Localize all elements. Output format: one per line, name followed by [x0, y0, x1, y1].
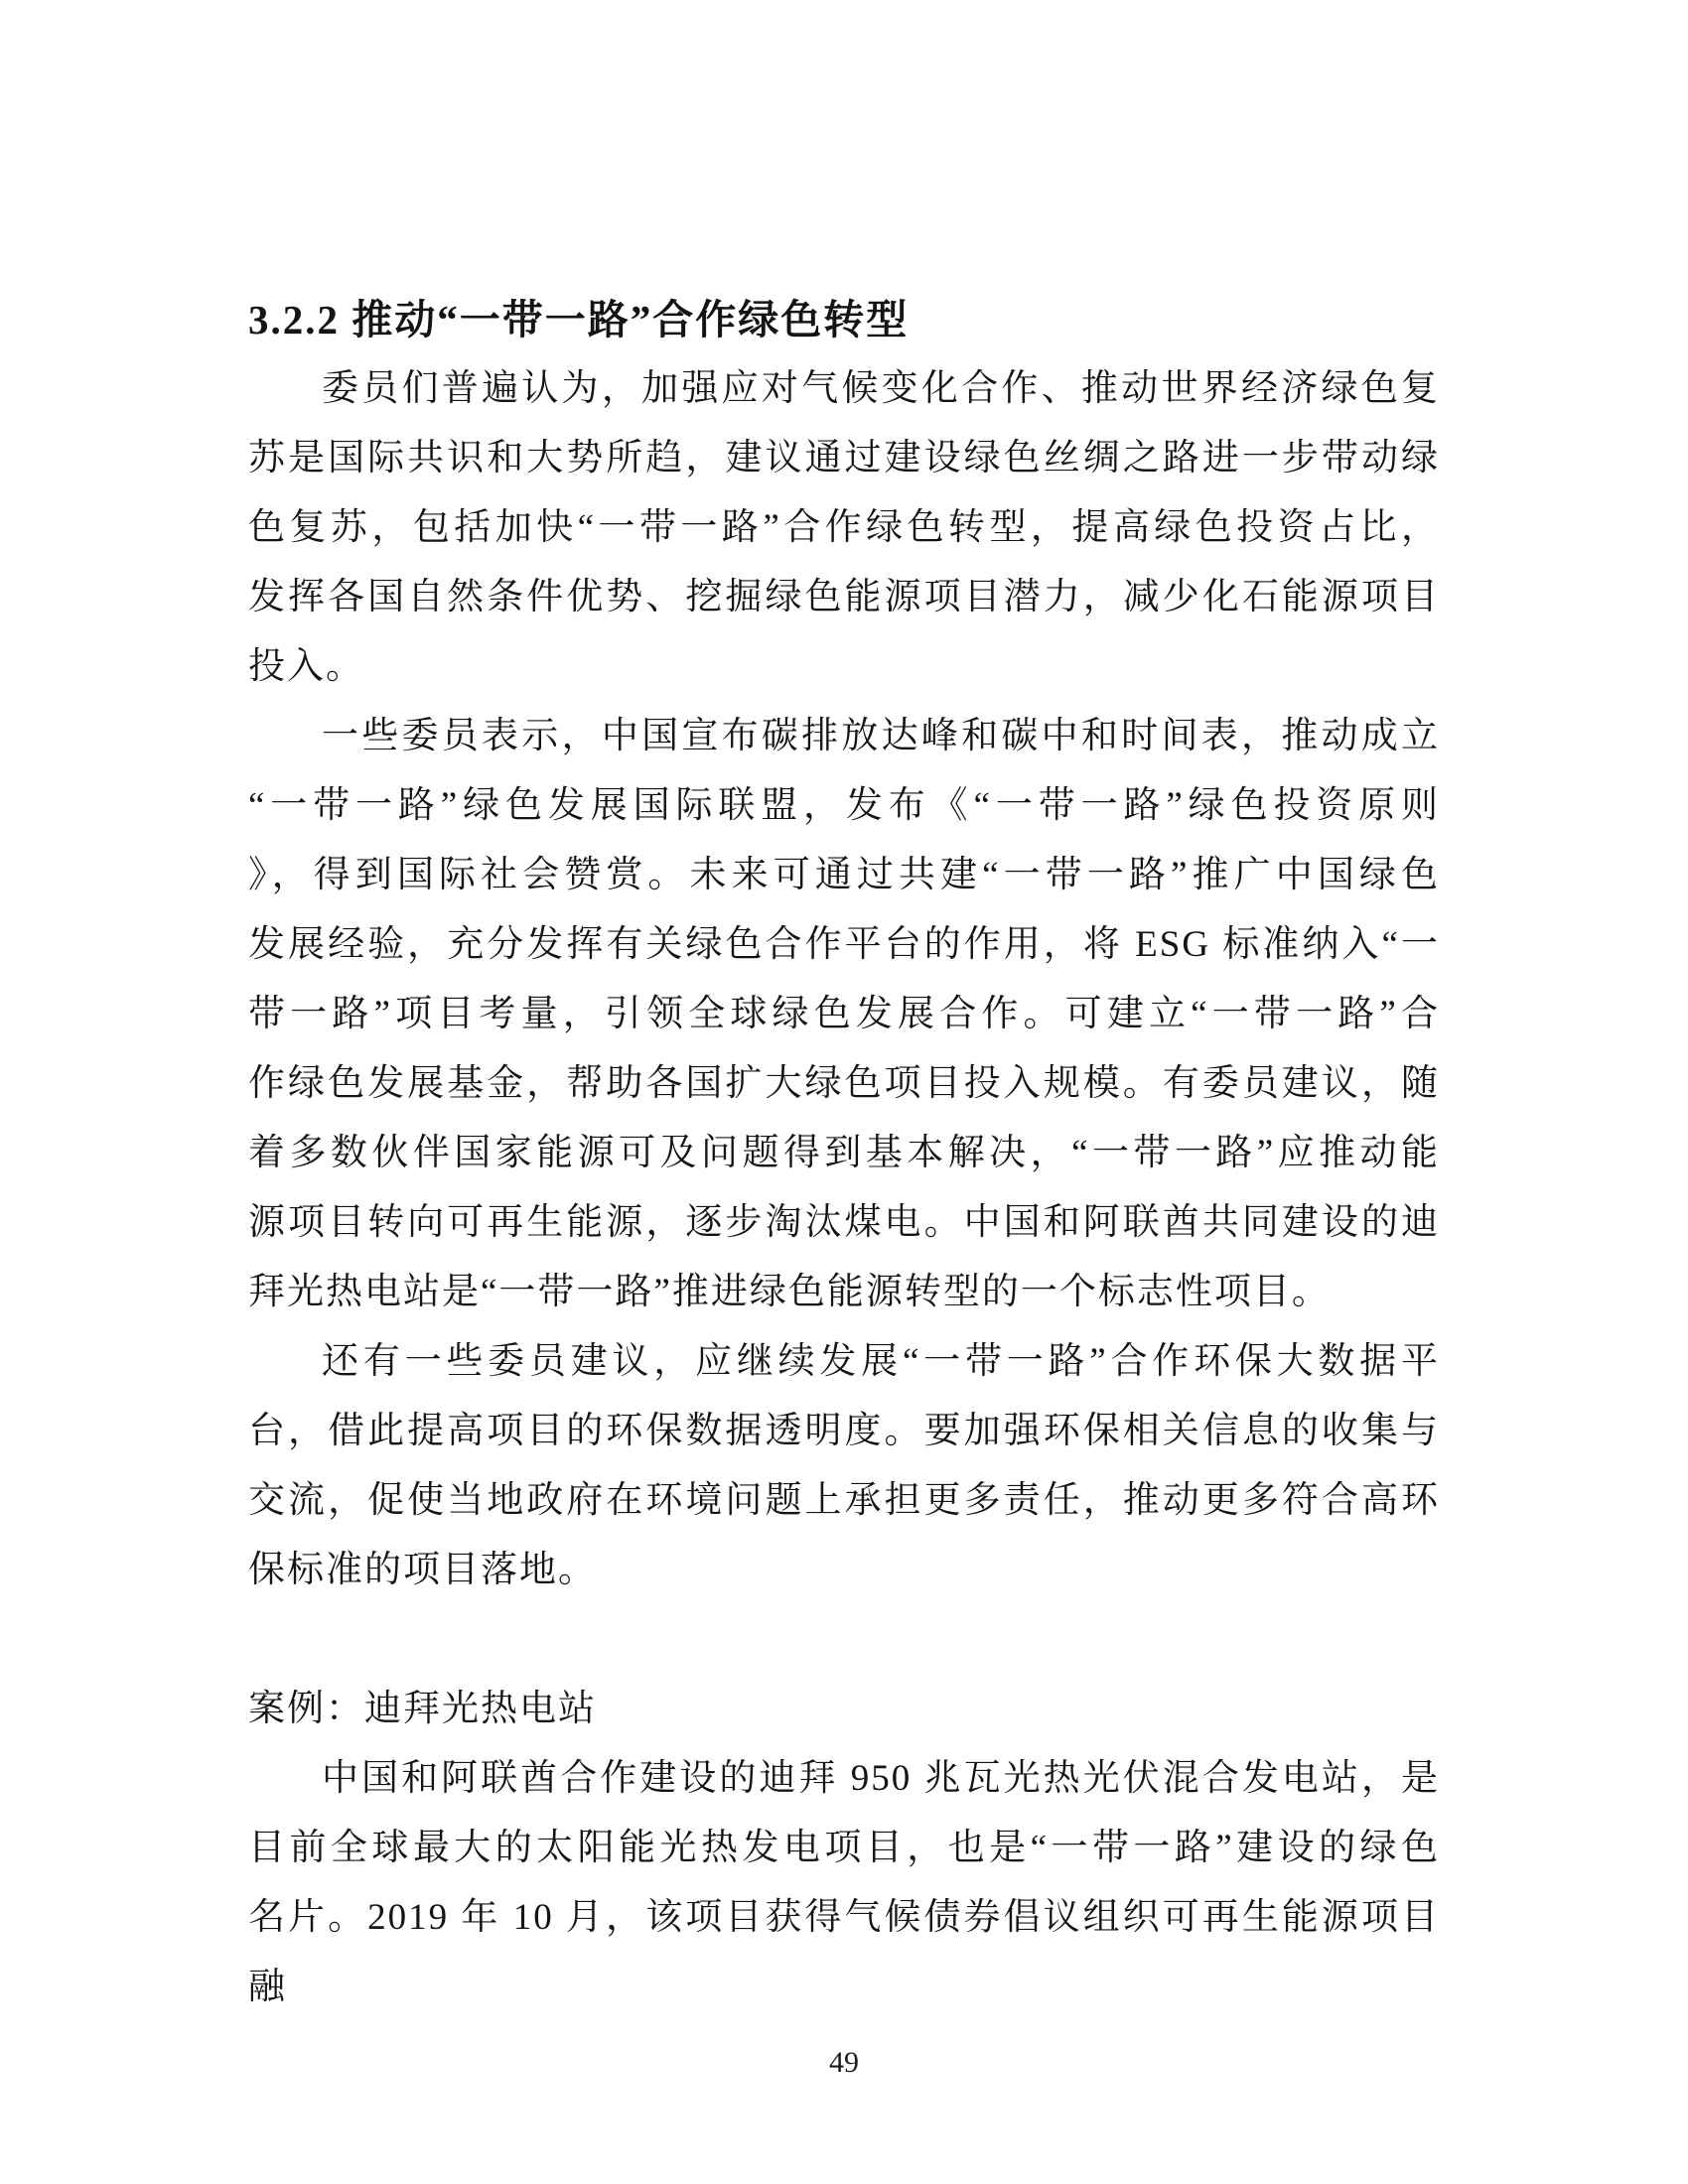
body-line: 还有一些委员建议，应继续发展“一带一路”合作环保大数据平 [248, 1327, 1440, 1397]
body-line: 着多数伙伴国家能源可及问题得到基本解决，“一带一路”应推动能 [248, 1119, 1440, 1188]
paragraph-1: 委员们普遍认为，加强应对气候变化合作、推动世界经济绿色复 苏是国际共识和大势所趋… [248, 354, 1440, 702]
body-line: 台，借此提高项目的环保数据透明度。要加强环保相关信息的收集与 [248, 1397, 1440, 1466]
page-number: 49 [0, 2043, 1688, 2083]
case-line: 中国和阿联酋合作建设的迪拜 950 兆瓦光热光伏混合发电站，是 [248, 1744, 1440, 1814]
paragraph-3: 还有一些委员建议，应继续发展“一带一路”合作环保大数据平 台，借此提高项目的环保… [248, 1327, 1440, 1605]
body-line: 苏是国际共识和大势所趋，建议通过建设绿色丝绸之路进一步带动绿 [248, 424, 1440, 493]
body-line: 发展经验，充分发挥有关绿色合作平台的作用，将 ESG 标准纳入“一 [248, 910, 1440, 980]
body-line: 交流，促使当地政府在环境问题上承担更多责任，推动更多符合高环 [248, 1466, 1440, 1536]
body-line: 作绿色发展基金，帮助各国扩大绿色项目投入规模。有委员建议，随 [248, 1049, 1440, 1119]
body-line: 一些委员表示，中国宣布碳排放达峰和碳中和时间表，推动成立 [248, 702, 1440, 771]
body-line: 委员们普遍认为，加强应对气候变化合作、推动世界经济绿色复 [248, 354, 1440, 424]
case-study-title: 案例：迪拜光热电站 [248, 1675, 1440, 1744]
section-heading: 3.2.2 推动“一带一路”合作绿色转型 [248, 285, 1440, 354]
body-line: 保标准的项目落地。 [248, 1536, 1440, 1605]
body-line: 带一路”项目考量，引领全球绿色发展合作。可建立“一带一路”合 [248, 980, 1440, 1049]
body-line: “一带一路”绿色发展国际联盟，发布《“一带一路”绿色投资原则 [248, 771, 1440, 841]
body-line: 源项目转向可再生能源，逐步淘汰煤电。中国和阿联酋共同建设的迪 [248, 1188, 1440, 1258]
body-line: 投入。 [248, 632, 1440, 702]
document-content: 3.2.2 推动“一带一路”合作绿色转型 委员们普遍认为，加强应对气候变化合作、… [248, 285, 1440, 2022]
case-line: 名片。2019 年 10 月，该项目获得气候债券倡议组织可再生能源项目融 [248, 1883, 1440, 2022]
case-study-section: 案例：迪拜光热电站 中国和阿联酋合作建设的迪拜 950 兆瓦光热光伏混合发电站，… [248, 1675, 1440, 2022]
case-line: 目前全球最大的太阳能光热发电项目，也是“一带一路”建设的绿色 [248, 1814, 1440, 1883]
paragraph-2: 一些委员表示，中国宣布碳排放达峰和碳中和时间表，推动成立 “一带一路”绿色发展国… [248, 702, 1440, 1327]
body-line: 发挥各国自然条件优势、挖掘绿色能源项目潜力，减少化石能源项目 [248, 563, 1440, 632]
document-page: 3.2.2 推动“一带一路”合作绿色转型 委员们普遍认为，加强应对气候变化合作、… [0, 0, 1688, 2184]
body-line: 》，得到国际社会赞赏。未来可通过共建“一带一路”推广中国绿色 [248, 841, 1440, 910]
body-line: 拜光热电站是“一带一路”推进绿色能源转型的一个标志性项目。 [248, 1258, 1440, 1327]
body-line: 色复苏，包括加快“一带一路”合作绿色转型，提高绿色投资占比， [248, 493, 1440, 563]
